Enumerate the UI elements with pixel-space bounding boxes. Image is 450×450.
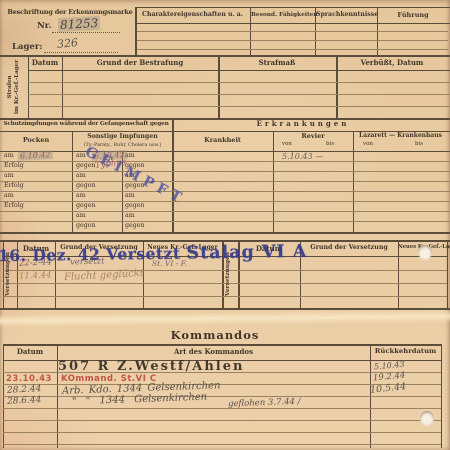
divider <box>0 151 450 152</box>
nr-value-handwritten: 81253 <box>58 17 101 31</box>
cell-label: Erfolg <box>4 163 24 170</box>
rueckkehr-entry: 5.10.43 <box>374 361 405 372</box>
section-border <box>0 232 450 234</box>
cell-label: am <box>125 153 135 160</box>
rule-line <box>137 40 448 41</box>
nr-value-text: 81253 <box>58 16 101 32</box>
strafen-col-datum: Datum <box>28 59 62 66</box>
kommandos-title: Kommandos <box>0 329 430 341</box>
versetzungen-right-col-grund: Grund der Versetzung <box>300 245 398 252</box>
rule-line <box>3 408 441 409</box>
cell-label: am <box>76 173 86 180</box>
lager-label: Lager: <box>12 43 42 52</box>
hole-punch <box>418 245 432 259</box>
col-sprachen: Sprachkenntnisse <box>316 12 376 19</box>
kommandos-col-datum: Datum <box>3 348 57 355</box>
pocken-date-handwritten: 6.10.42 <box>18 151 53 161</box>
rule-line <box>0 161 450 162</box>
rule-line <box>0 171 450 172</box>
revier-bis: bis <box>326 142 334 148</box>
col-faehigkeiten: Besond. Fähigkeiten <box>251 12 314 18</box>
pow-record-card: Beschriftung der Erkennungsmarke Nr. 812… <box>0 0 450 450</box>
rule-line <box>28 106 450 107</box>
divider <box>135 23 450 24</box>
col-revier: Revier <box>273 133 353 140</box>
divider <box>28 70 450 71</box>
lager-value-handwritten: 326 <box>57 37 79 50</box>
versetzt-stalag-stamp: 16. Dez. 42 Versetzt Stalag VI A <box>0 242 307 266</box>
cell-label: am <box>76 213 86 220</box>
col-fuehrung: Führung <box>378 12 448 19</box>
versetzt-stamp-date: 16. Dez. 42 Versetzt <box>0 244 181 266</box>
rule-line <box>0 191 450 192</box>
lazarett-bis: bis <box>415 142 423 148</box>
cell-label: gegen <box>76 163 96 170</box>
col-lazarett: Lazarett — Krankenhaus <box>353 133 448 139</box>
transfer-row-grund: Flucht geglückt <box>64 269 144 283</box>
cell-label: gegen <box>76 183 96 190</box>
cell-label: am <box>4 193 14 200</box>
rule-line <box>28 82 450 83</box>
erkennungsmarke-title: Beschriftung der Erkennungsmarke <box>6 9 134 16</box>
kommando-datum-entry: 28.6.44 <box>7 396 42 407</box>
rule-line <box>3 432 441 433</box>
col-charakter: Charaktereigenschaften u. a. <box>137 12 248 19</box>
revier-von: von <box>282 142 292 148</box>
cell-label: am <box>76 193 86 200</box>
cell-label: gegen <box>125 223 145 230</box>
section-border <box>0 55 450 57</box>
cell-label: gegen <box>76 203 96 210</box>
strafen-col-verbuesst: Verbüßt, Datum <box>336 59 448 66</box>
strafen-side-label: Strafen im Kr.-Gef.-Lager <box>7 55 21 119</box>
cell-label: am <box>4 153 14 160</box>
cell-label: am <box>125 213 135 220</box>
hole-punch <box>420 411 434 425</box>
col-krankheit: Krankheit <box>172 137 273 144</box>
strafen-side-label-1: Strafen <box>7 75 13 98</box>
pocken-date-text: 6.10.42 <box>18 150 53 161</box>
col-sonstige: Sonstige Impfungen <box>73 134 172 141</box>
cell-label: gegen <box>76 223 96 230</box>
kommandos-col-rueckkehr: Rückkehrdatum <box>370 348 441 355</box>
section-border <box>0 240 450 242</box>
rule-line <box>0 221 450 222</box>
strafen-col-grund: Grund der Bestrafung <box>62 59 218 66</box>
rueckkehr-entry: 10.5.44 <box>370 382 407 395</box>
rule-line <box>0 181 450 182</box>
divider <box>447 240 448 308</box>
divider <box>135 7 450 8</box>
cell-label: am <box>4 173 14 180</box>
rule-line <box>137 49 448 50</box>
cell-label: Erfolg <box>4 183 24 190</box>
rule-line <box>0 211 450 212</box>
section-border <box>3 344 441 346</box>
kommandos-col-art: Art des Kommandos <box>57 348 370 355</box>
divider <box>172 118 174 232</box>
kommando-note-entry: geflohen 3.7.44 / <box>228 398 301 409</box>
versetzt-stamp-camp: Stalag VI A <box>186 242 307 264</box>
lager-rule <box>44 52 118 53</box>
rule-line <box>3 444 441 445</box>
col-pocken: Pocken <box>0 137 72 144</box>
erkrankungen-title: Erkrankungen <box>172 120 434 127</box>
kommando-art-entry: " " 1344 Gelsenkirchen <box>72 393 207 408</box>
kommando-datum-stamp: 23.10.43 <box>6 374 52 384</box>
transfer-row-datum: 11.4.44 <box>19 271 52 281</box>
cell-label: Erfolg <box>4 203 24 210</box>
cell-label: gegen <box>125 203 145 210</box>
divider <box>441 344 442 448</box>
cell-label: am <box>125 193 135 200</box>
strafen-side-label-2: im Kr.-Gef.-Lager <box>14 60 20 114</box>
nr-label: Nr. <box>37 22 51 31</box>
impfungen-title: Schutzimpfungen während der Gefangenscha… <box>2 121 170 127</box>
kommando-datum-entry: 28.2.44 <box>7 385 42 396</box>
strafen-col-strafmass: Strafmaß <box>218 59 336 66</box>
fold-crease <box>0 310 450 328</box>
rule-line <box>0 201 450 202</box>
nr-rule <box>52 32 120 33</box>
rule-line <box>3 420 441 421</box>
revier-entry-handwritten: 5.10.43 — <box>282 153 323 161</box>
unit-stamp: 507 R Z.Westf/Ahlen <box>58 359 244 374</box>
rule-line <box>137 31 448 32</box>
rule-line <box>28 94 450 95</box>
lazarett-von: von <box>363 142 373 148</box>
